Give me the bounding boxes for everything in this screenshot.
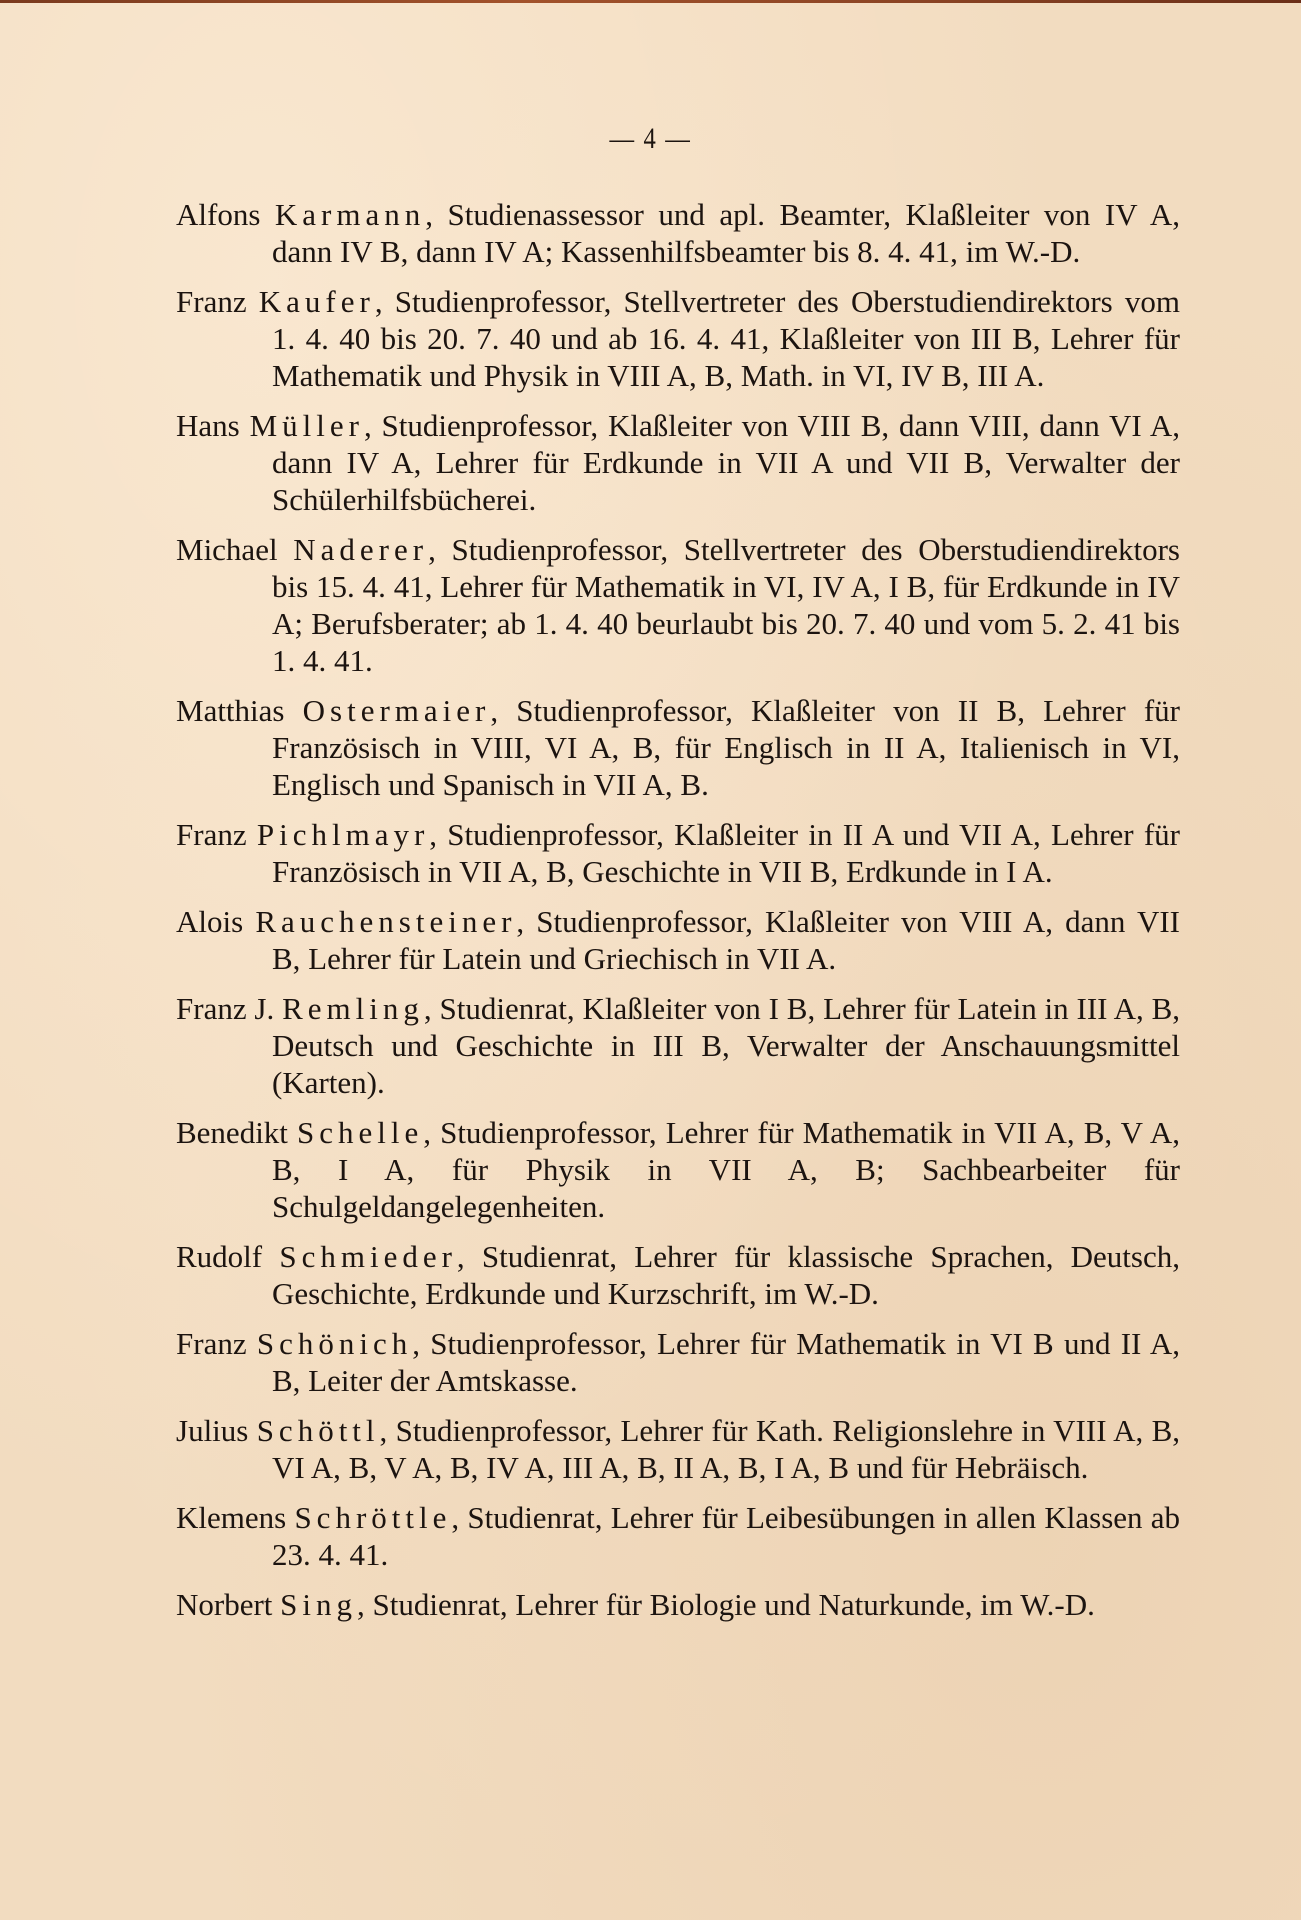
given-name: Michael xyxy=(176,532,278,567)
given-name: Rudolf xyxy=(176,1239,262,1274)
given-name: Alois xyxy=(176,904,243,939)
given-name: Norbert xyxy=(176,1587,272,1622)
surname: Pichlmayr xyxy=(257,817,429,852)
surname: Schmieder xyxy=(279,1239,457,1274)
entry-details: , Studienrat, Lehrer für Biologie und Na… xyxy=(357,1587,1095,1622)
staff-list: Alfons Karmann, Studienassessor und apl.… xyxy=(176,196,1180,1636)
given-name: Franz xyxy=(176,284,247,319)
given-name: Franz xyxy=(176,1326,247,1361)
surname: Ostermaier xyxy=(303,693,491,728)
given-name: Matthias xyxy=(176,693,285,728)
surname: Schelle xyxy=(297,1115,423,1150)
staff-entry: Hans Müller, Studienprofessor, Klaßleite… xyxy=(176,407,1180,518)
given-name: Klemens xyxy=(176,1500,286,1535)
staff-entry: Franz Kaufer, Studienprofessor, Stellver… xyxy=(176,283,1180,394)
given-name: Alfons xyxy=(176,197,260,232)
page-number: — 4 — xyxy=(117,122,1184,156)
staff-entry: Julius Schöttl, Studienprofessor, Lehrer… xyxy=(176,1412,1180,1486)
surname: Naderer xyxy=(293,532,428,567)
given-name: Franz J. xyxy=(176,991,274,1026)
staff-entry: Michael Naderer, Studienprofessor, Stell… xyxy=(176,531,1180,679)
surname: Karmann xyxy=(275,197,425,232)
given-name: Franz xyxy=(176,817,247,852)
staff-entry: Franz Schönich, Studienprofessor, Lehrer… xyxy=(176,1325,1180,1399)
staff-entry: Franz J. Remling, Studienrat, Klaßleiter… xyxy=(176,990,1180,1101)
staff-entry: Norbert Sing, Studienrat, Lehrer für Bio… xyxy=(176,1586,1180,1623)
surname: Sing xyxy=(280,1587,357,1622)
surname: Müller xyxy=(250,408,364,443)
given-name: Julius xyxy=(176,1413,248,1448)
staff-entry: Klemens Schröttle, Studienrat, Lehrer fü… xyxy=(176,1499,1180,1573)
staff-entry: Alois Rauchensteiner, Studienprofessor, … xyxy=(176,903,1180,977)
staff-entry: Matthias Ostermaier, Studienprofessor, K… xyxy=(176,692,1180,803)
staff-entry: Franz Pichlmayr, Studienprofessor, Klaßl… xyxy=(176,816,1180,890)
page-top-edge xyxy=(0,0,1301,3)
surname: Remling xyxy=(282,991,424,1026)
staff-entry: Benedikt Schelle, Studienprofessor, Lehr… xyxy=(176,1114,1180,1225)
entry-details: , Studienprofessor, Stellvertreter des O… xyxy=(272,284,1180,393)
entry-details: , Studienprofessor, Lehrer für Kath. Rel… xyxy=(272,1413,1180,1485)
given-name: Hans xyxy=(176,408,240,443)
surname: Schröttle xyxy=(294,1500,451,1535)
surname: Kaufer xyxy=(259,284,375,319)
surname: Schöttl xyxy=(257,1413,380,1448)
staff-entry: Rudolf Schmieder, Studienrat, Lehrer für… xyxy=(176,1238,1180,1312)
staff-entry: Alfons Karmann, Studienassessor und apl.… xyxy=(176,196,1180,270)
given-name: Benedikt xyxy=(176,1115,288,1150)
entry-details: , Studienprofessor, Klaßleiter von VIII … xyxy=(272,408,1180,517)
surname: Schönich xyxy=(257,1326,412,1361)
surname: Rauchensteiner xyxy=(255,904,516,939)
